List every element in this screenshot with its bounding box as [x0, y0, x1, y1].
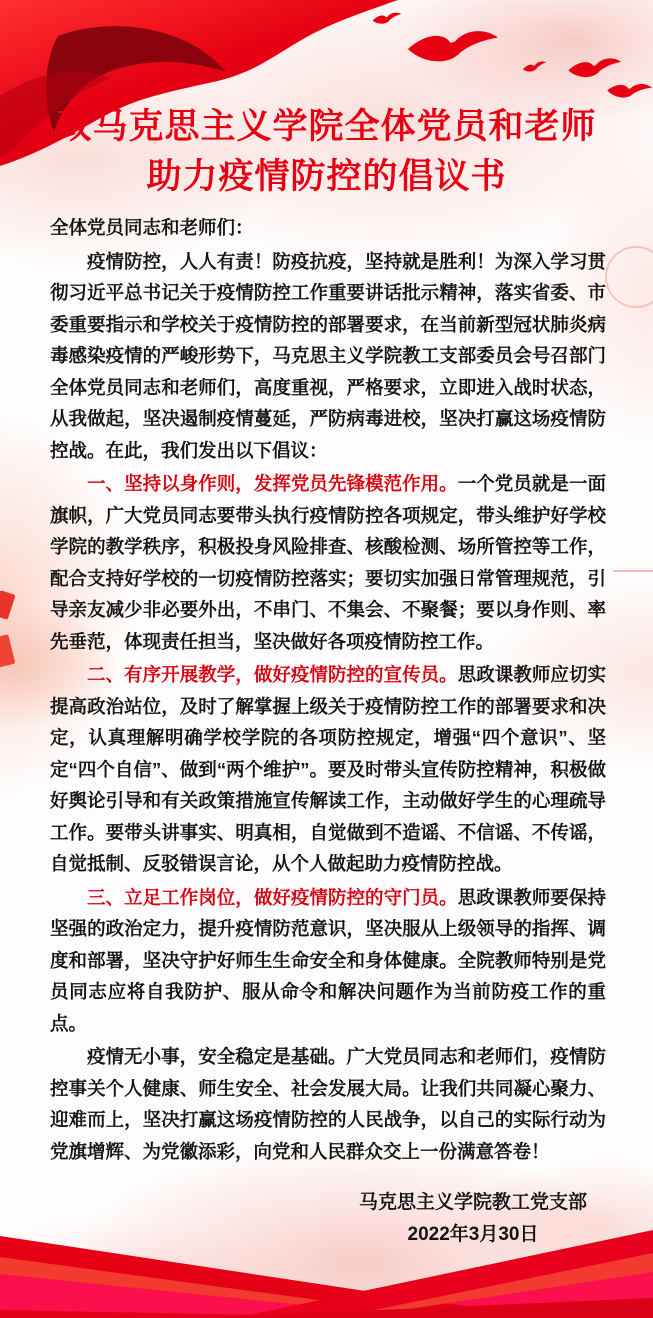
section-3-heading: 三、立足工作岗位，做好疫情防控的守门员。 — [87, 887, 458, 908]
section-2-paragraph: 二、有序开展教学，做好疫情防控的宣传员。思政课教师应切实提高政治站位，及时了解掌… — [50, 659, 606, 880]
thin-line-decoration — [613, 570, 653, 572]
section-1-paragraph: 一、坚持以身作则，发挥党员先锋模范作用。一个党员就是一面旗帜，广大党员同志要带头… — [50, 468, 606, 657]
brush-stroke-icon — [0, 634, 15, 667]
brush-stroke-icon — [0, 590, 16, 620]
section-2-heading: 二、有序开展教学，做好疫情防控的宣传员。 — [87, 664, 458, 685]
signature-date: 2022年3月30日 — [359, 1219, 587, 1251]
page-title: 致马克思主义学院全体党员和老师 助力疫情防控的倡议书 — [0, 102, 653, 202]
bird-icon — [522, 61, 546, 72]
signature-org: 马克思主义学院教工党支部 — [359, 1187, 587, 1219]
section-1-text: 一个党员就是一面旗帜，广大党员同志要带头执行疫情防控各项规定，带头维护好学校学院… — [50, 473, 606, 652]
section-3-text: 思政课教师要保持坚强的政治定力，提升疫情防范意识，坚决服从上级领导的指挥、调度和… — [50, 887, 606, 1034]
section-1-heading: 一、坚持以身作则，发挥党员先锋模范作用。 — [87, 473, 458, 494]
document-body: 全体党员同志和老师们： 疫情防控，人人有责！防疫抗疫，坚持就是胜利！为深入学习贯… — [50, 212, 606, 1167]
intro-paragraph: 疫情防控，人人有责！防疫抗疫，坚持就是胜利！为深入学习贯彻习近平总书记关于疫情防… — [50, 246, 606, 467]
page-title-line1: 致马克思主义学院全体党员和老师 — [0, 102, 653, 152]
section-2-text: 思政课教师应切实提高政治站位，及时了解掌握上级关于疫情防控工作的部署要求和决定，… — [50, 664, 606, 874]
signature-block: 马克思主义学院教工党支部 2022年3月30日 — [359, 1187, 587, 1251]
circle-outline-decoration — [605, 246, 653, 308]
flying-birds-icon — [373, 13, 653, 103]
closing-paragraph: 疫情无小事，安全稳定是基础。广大党员同志和老师们，疫情防控事关个人健康、师生安全… — [50, 1041, 606, 1167]
salutation: 全体党员同志和老师们： — [50, 212, 606, 244]
page-title-line2: 助力疫情防控的倡议书 — [0, 152, 653, 202]
poster: 致马克思主义学院全体党员和老师 助力疫情防控的倡议书 全体党员同志和老师们： 疫… — [0, 0, 653, 1318]
bird-icon — [373, 13, 402, 24]
bird-icon — [407, 24, 498, 68]
bird-icon — [568, 56, 621, 80]
section-3-paragraph: 三、立足工作岗位，做好疫情防控的守门员。思政课教师要保持坚强的政治定力，提升疫情… — [50, 882, 606, 1040]
bird-icon — [606, 78, 652, 102]
